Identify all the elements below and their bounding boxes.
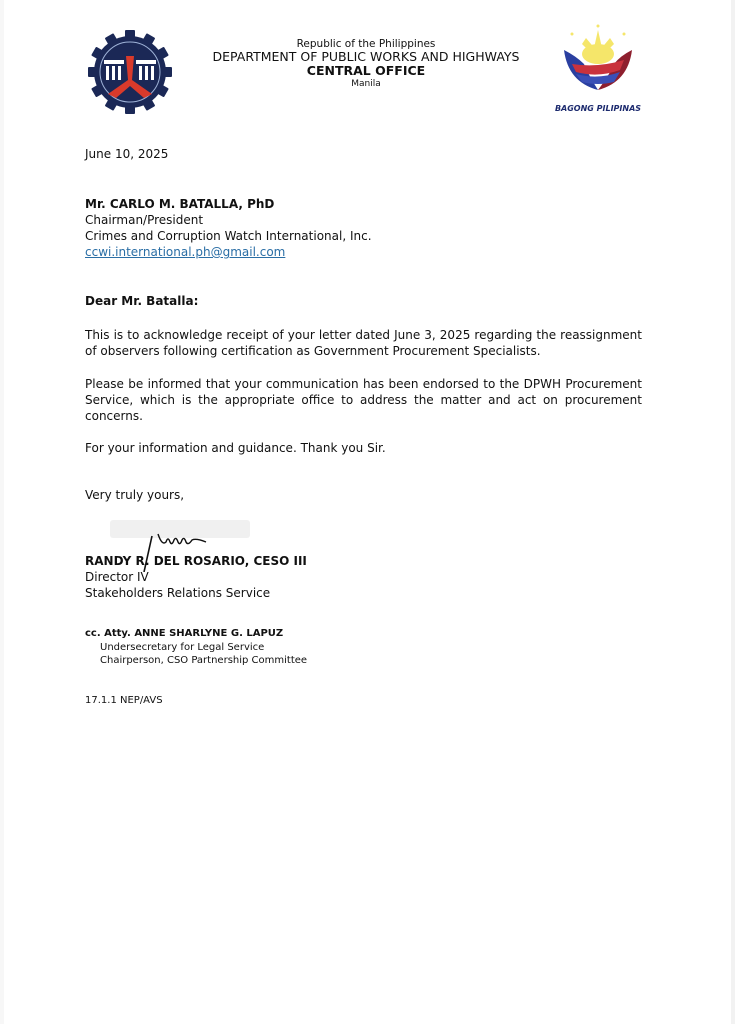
letter-date: June 10, 2025 (85, 146, 168, 162)
page-edge-left (0, 0, 4, 1024)
reference-code: 17.1.1 NEP/AVS (85, 695, 163, 706)
signatory-office: Stakeholders Relations Service (85, 585, 270, 601)
dpwh-gear-logo-icon (86, 28, 174, 116)
signatory-name: RANDY R. DEL ROSARIO, CESO III (85, 553, 307, 569)
signatory-position: Director IV (85, 569, 149, 585)
letterhead: Republic of the Philippines DEPARTMENT O… (196, 38, 536, 89)
cc-recipient-name: cc. Atty. ANNE SHARLYNE G. LAPUZ (85, 628, 283, 639)
recipient-name: Mr. CARLO M. BATALLA, PhD (85, 196, 274, 212)
recipient-organization: Crimes and Corruption Watch Internationa… (85, 228, 372, 244)
salutation: Dear Mr. Batalla: (85, 293, 198, 309)
recipient-email-link[interactable]: ccwi.international.ph@gmail.com (85, 244, 285, 260)
department-name: DEPARTMENT OF PUBLIC WORKS AND HIGHWAYS (196, 50, 536, 64)
page-edge-right (731, 0, 735, 1024)
city-name: Manila (196, 79, 536, 89)
cc-line-1: Undersecretary for Legal Service (100, 642, 264, 653)
office-name: CENTRAL OFFICE (196, 64, 536, 78)
bagong-pilipinas-logo-icon (558, 24, 638, 94)
cc-line-2: Chairperson, CSO Partnership Committee (100, 655, 307, 666)
body-paragraph-3: For your information and guidance. Thank… (85, 440, 642, 456)
body-paragraph-1: This is to acknowledge receipt of your l… (85, 327, 642, 359)
letter-page: Republic of the Philippines DEPARTMENT O… (0, 0, 735, 1024)
closing: Very truly yours, (85, 487, 184, 503)
bagong-pilipinas-label: BAGONG PILIPINAS (550, 104, 646, 113)
body-paragraph-2: Please be informed that your communicati… (85, 376, 642, 424)
recipient-title: Chairman/President (85, 212, 203, 228)
